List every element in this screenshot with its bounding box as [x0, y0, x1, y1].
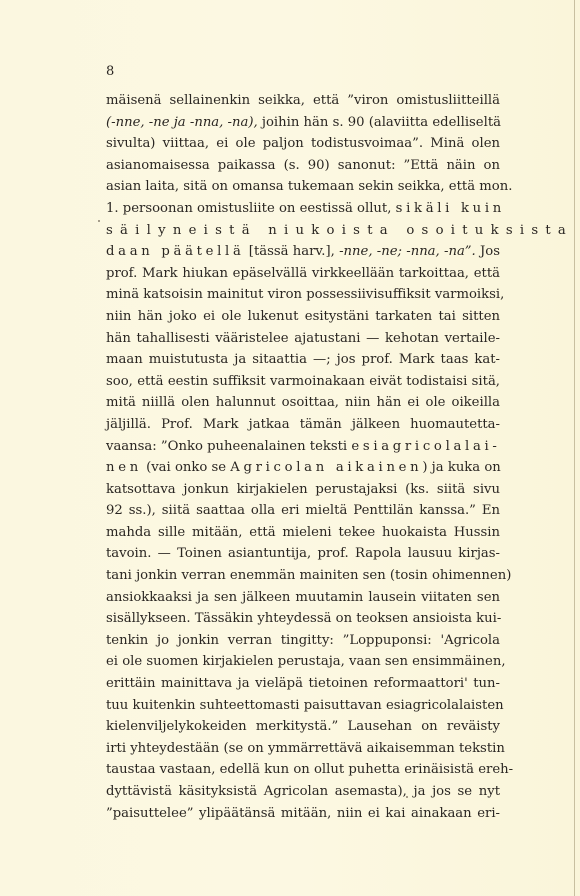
spaced-emphasis: Agricolan aikainen [230, 460, 422, 475]
text-line: nen (vai onko se Agricolan aikainen) ja … [106, 457, 500, 479]
paper-speck [98, 220, 100, 222]
text-line: katsottava jonkun kirjakielen perustajak… [106, 479, 500, 501]
text-line: tavoin. — Toinen asiantuntija, prof. Rap… [106, 543, 500, 565]
text-line: tani jonkin verran enemmän mainiten sen … [106, 565, 500, 587]
text-line: irti yhteydestään (se on ymmärrettävä ai… [106, 738, 500, 760]
text-line: asian laita, sitä on omansa tukemaan sek… [106, 176, 500, 198]
text-line: jäljillä. Prof. Mark jatkaa tämän jälkee… [106, 414, 500, 436]
text-line: asianomaisessa paikassa (s. 90) sanonut:… [106, 155, 500, 177]
page-edge-line [574, 0, 575, 896]
text-line: ”paisuttelee” ylipäätänsä mitään, niin e… [106, 803, 500, 825]
text-line: niin hän joko ei ole lukenut esitystäni … [106, 306, 500, 328]
text-line: sisällykseen. Tässäkin yhteydessä on teo… [106, 608, 500, 630]
text-line: 1. persoonan omistusliite on eestissä ol… [106, 198, 500, 220]
text-line-spaced: säilyneistä niukoista osoituksista voi- [106, 220, 500, 242]
page-number: 8 [106, 64, 114, 80]
text-line: daan päätellä [tässä harv.], -nne, -ne; … [106, 241, 500, 263]
text-line: (-nne, -ne ja -nna, -na), joihin hän s. … [106, 112, 500, 134]
paper-speck [406, 796, 408, 798]
spaced-emphasis: sikäli kuin [396, 201, 505, 216]
text-line: hän tahallisesti vääristelee ajatustani … [106, 328, 500, 350]
body-text: mäisenä sellainenkin seikka, että ”viron… [106, 90, 500, 824]
text-line: maan muistutusta ja sitaattia —; jos pro… [106, 349, 500, 371]
text-line: 92 ss.), siitä saattaa olla eri mieltä P… [106, 500, 500, 522]
text-line: kielenviljelykokeiden merkitystä.” Lause… [106, 716, 500, 738]
text-line: taustaa vastaan, edellä kun on ollut puh… [106, 759, 500, 781]
text-line: ei ole suomen kirjakielen perustaja, vaa… [106, 651, 500, 673]
text-line: erittäin mainittava ja vieläpä tietoinen… [106, 673, 500, 695]
text-line: vaansa: ”Onko puheenalainen teksti esiag… [106, 436, 500, 458]
text-line: dyttävistä käsityksistä Agricolan asemas… [106, 781, 500, 803]
spaced-emphasis: daan päätellä [106, 244, 245, 259]
text-line: sivulta) viittaa, ei ole paljon todistus… [106, 133, 500, 155]
book-page: 8 mäisenä sellainenkin seikka, että ”vir… [0, 0, 580, 896]
text-line: mäisenä sellainenkin seikka, että ”viron… [106, 90, 500, 112]
text-line: tuu kuitenkin suhteettomasti paisuttavan… [106, 695, 500, 717]
text-line: mitä niillä olen halunnut osoittaa, niin… [106, 392, 500, 414]
spaced-emphasis: nen [106, 460, 142, 475]
text-line: prof. Mark hiukan epäselvällä virkkeellä… [106, 263, 500, 285]
text-line: ansiokkaaksi ja sen jälkeen muutamin lau… [106, 587, 500, 609]
text-line: minä katsoisin mainitut viron possessiiv… [106, 284, 500, 306]
text-line: soo, että eestin suffiksit varmoinakaan … [106, 371, 500, 393]
italic-suffixes: (-nne, -ne ja -nna, -na), [106, 115, 258, 130]
italic-suffixes: -nne, -ne; -nna, -na”. [339, 244, 476, 259]
spaced-emphasis: esiagricolalai- [351, 439, 500, 454]
text-line: mahda sille mitään, että mieleni tekee h… [106, 522, 500, 544]
text-line: tenkin jo jonkin verran tingitty: ”Loppu… [106, 630, 500, 652]
